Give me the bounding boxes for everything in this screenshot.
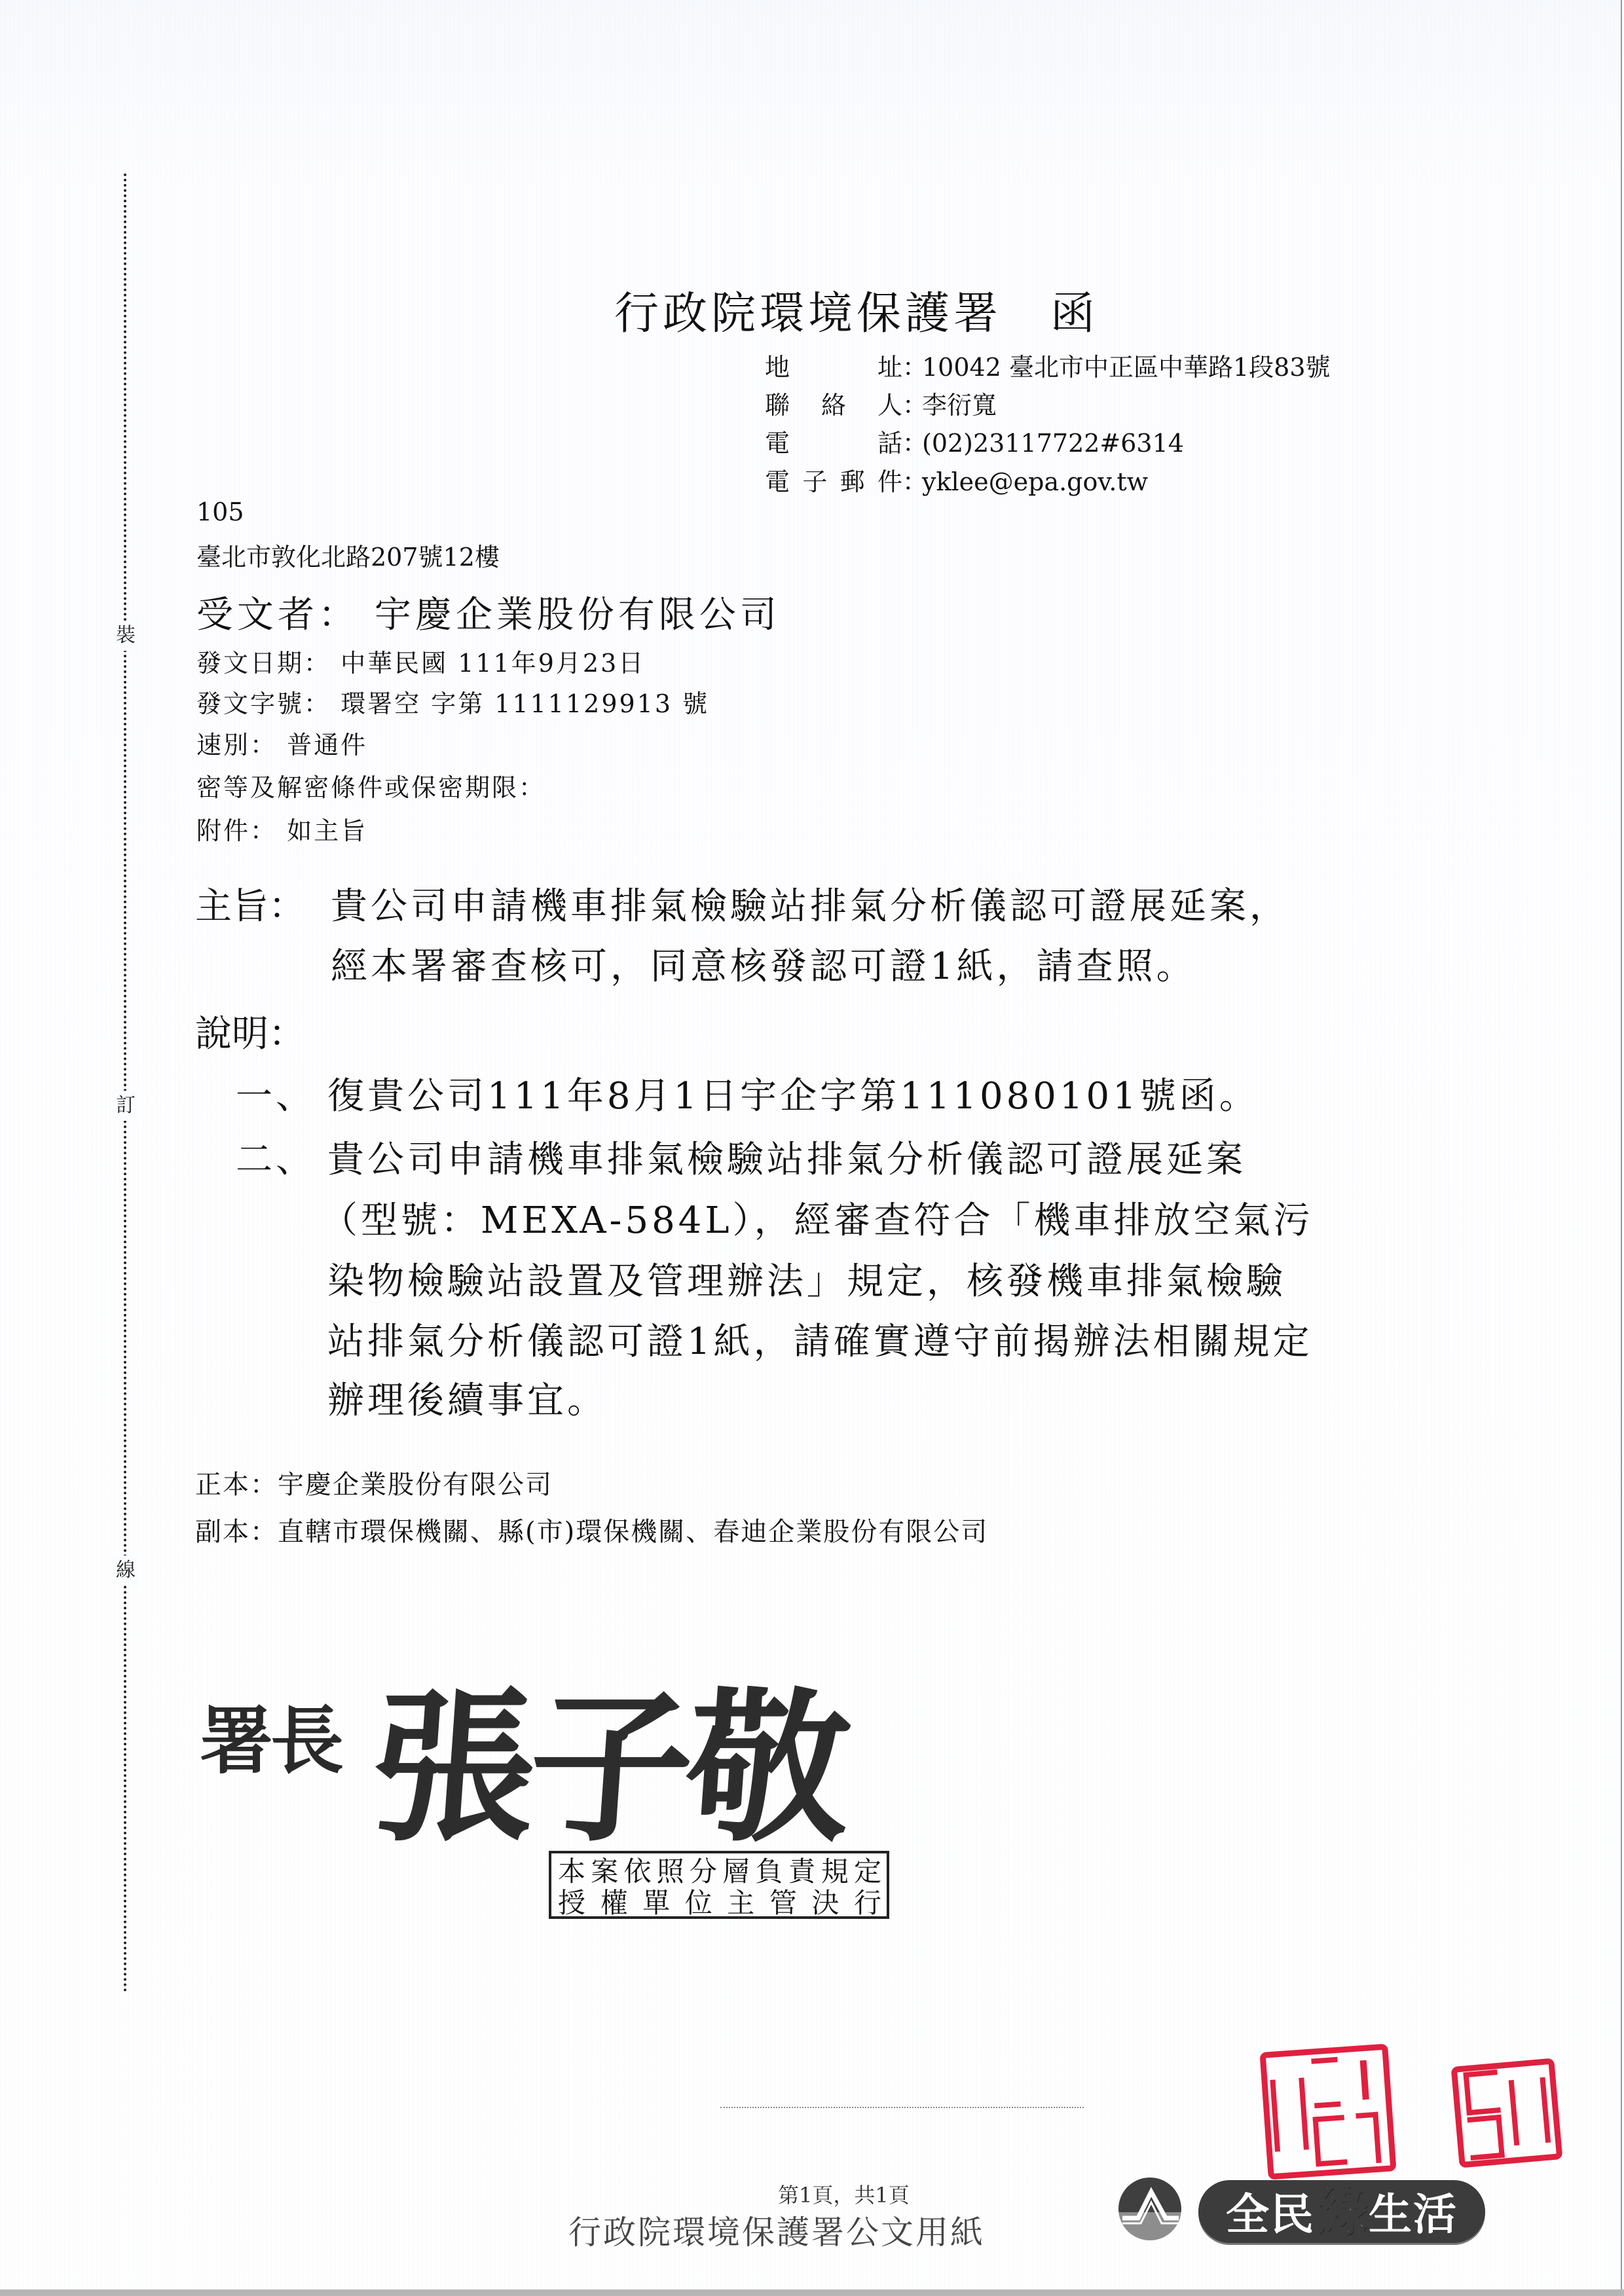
contact-value: 李衍寬 [922,391,997,420]
explanation-item-2-line-1: 貴公司申請機車排氣檢驗站排氣分析儀認可證展延案 [327,1131,1246,1183]
contact-value: yklee@epa.gov.tw [922,467,1148,496]
meta-label: 附件： [196,816,277,845]
logo-text-emphasis: 綠 [1315,2180,1369,2243]
explanation-item-2-line-2: （型號：MEXA-584L），經審查符合「機車排放空氣污 [321,1192,1314,1244]
explanation-label: 說明： [195,1005,305,1057]
delegated-authority-box: 本案依照分層負責規定 授 權 單 位 主 管 決 行 [549,1851,889,1919]
carbon-copy: 副本：直轄市環保機關、縣(市)環保機關、春迪企業股份有限公司 [195,1511,988,1548]
seal-glyph [1270,2077,1309,2151]
epa-logo-icon [1118,2178,1181,2240]
document-title: 行政院環境保護署 函 [614,278,1099,342]
binding-mark-ding: 訂 [113,1091,139,1121]
authority-line-1: 本案依照分層負責規定 [558,1856,881,1887]
official-seal-agency [1259,2043,1396,2179]
seal-glyph [1312,2115,1347,2166]
contact-person: 聯絡人：李衍寬 [765,390,997,421]
copy-value: 直轄市環保機關、縣(市)環保機關、春迪企業股份有限公司 [278,1517,988,1547]
binding-dotted-line [124,173,126,1994]
binding-mark-zhuang: 裝 [113,621,139,651]
seal-glyph [1463,2069,1501,2115]
binding-mark-xian: 線 [113,1556,139,1586]
logo-text-post: 生活 [1369,2189,1458,2240]
explanation-item-2-marker: 二、 [236,1131,316,1183]
meta-value: 環署空 字第 1111129913 號 [341,689,709,718]
meta-value: 普通件 [287,731,367,759]
attachment: 附件： 如主旨 [196,811,367,847]
contact-email: 電子郵件：yklee@epa.gov.tw [765,466,1148,498]
authority-line-2: 授 權 單 位 主 管 決 行 [558,1887,881,1919]
logo-text-pre: 全民 [1226,2189,1315,2240]
recipient-postal-code: 105 [196,498,244,526]
urgency: 速別： 普通件 [196,725,367,761]
signature-name: 張子敬 [365,1637,853,1872]
copy-label: 正本： [195,1470,278,1500]
recipient-label: 受文者： [196,594,359,636]
scanner-edge [0,2289,1624,2296]
subject-line-2: 經本署審查核可，同意核發認可證1紙，請查照。 [331,938,1196,990]
meta-label: 速別： [196,731,277,759]
issue-date: 發文日期： 中華民國 111年9月23日 [196,643,645,679]
seal-glyph [1467,2115,1505,2160]
document-number: 發文字號： 環署空 字第 1111129913 號 [196,683,709,720]
contact-phone: 電 話：(02)23117722#6314 [765,428,1184,459]
meta-label: 密等及解密條件或保密期限： [196,773,545,802]
subject-label: 主旨： [195,877,305,930]
meta-value: 中華民國 111年9月23日 [341,649,645,678]
contact-label: 聯絡人 [765,390,902,421]
meta-label: 發文日期： [196,649,331,678]
explanation-item-2-line-5: 辦理後續事宜。 [327,1372,607,1424]
explanation-item-2-line-4: 站排氣分析儀認可證1紙，請確實遵守前揭辦法相關規定 [327,1313,1313,1365]
explanation-item-1-line: 復貴公司111年8月1日宇企字第111080101號函。 [327,1067,1259,1120]
seal-glyph [1356,2111,1382,2164]
official-seal-director [1451,2058,1563,2168]
copy-label: 副本： [195,1517,278,1547]
page-indicator: 第1頁，共1頁 [778,2179,910,2209]
contact-label: 電子郵件 [765,466,902,498]
meta-value: 如主旨 [287,816,367,845]
contact-address: 地 址：10042 臺北市中正區中華路1段83號 [765,352,1331,383]
contact-label: 電 話 [765,428,902,459]
meta-label: 發文字號： [196,689,331,718]
seal-glyph [1360,2060,1369,2100]
original-copy: 正本：宇慶企業股份有限公司 [195,1464,553,1501]
signature-title: 署長 [200,1683,341,1788]
explanation-item-2-line-3: 染物檢驗站設置及管理辦法」規定，核發機車排氣檢驗 [327,1252,1286,1305]
recipient-address: 臺北市敦化北路207號12樓 [196,537,500,573]
contact-value: 10042 臺北市中正區中華路1段83號 [922,353,1331,382]
footer-rule [720,2107,1084,2108]
contact-value: (02)23117722#6314 [922,429,1184,458]
contact-label: 地 址 [765,352,902,383]
official-paper-label: 行政院環境保護署公文用紙 [568,2206,985,2253]
recipient-name: 宇慶企業股份有限公司 [375,594,781,636]
green-living-logo: 全民綠生活 [1198,2180,1485,2243]
classification: 密等及解密條件或保密期限： [196,767,545,803]
copy-value: 宇慶企業股份有限公司 [278,1470,553,1500]
subject-line-1: 貴公司申請機車排氣檢驗站排氣分析儀認可證展延案， [331,877,1289,930]
recipient-line: 受文者： 宇慶企業股份有限公司 [196,586,781,638]
explanation-item-1-marker: 一、 [236,1067,316,1120]
seal-glyph [1509,2077,1551,2145]
seal-glyph [1311,2057,1340,2109]
